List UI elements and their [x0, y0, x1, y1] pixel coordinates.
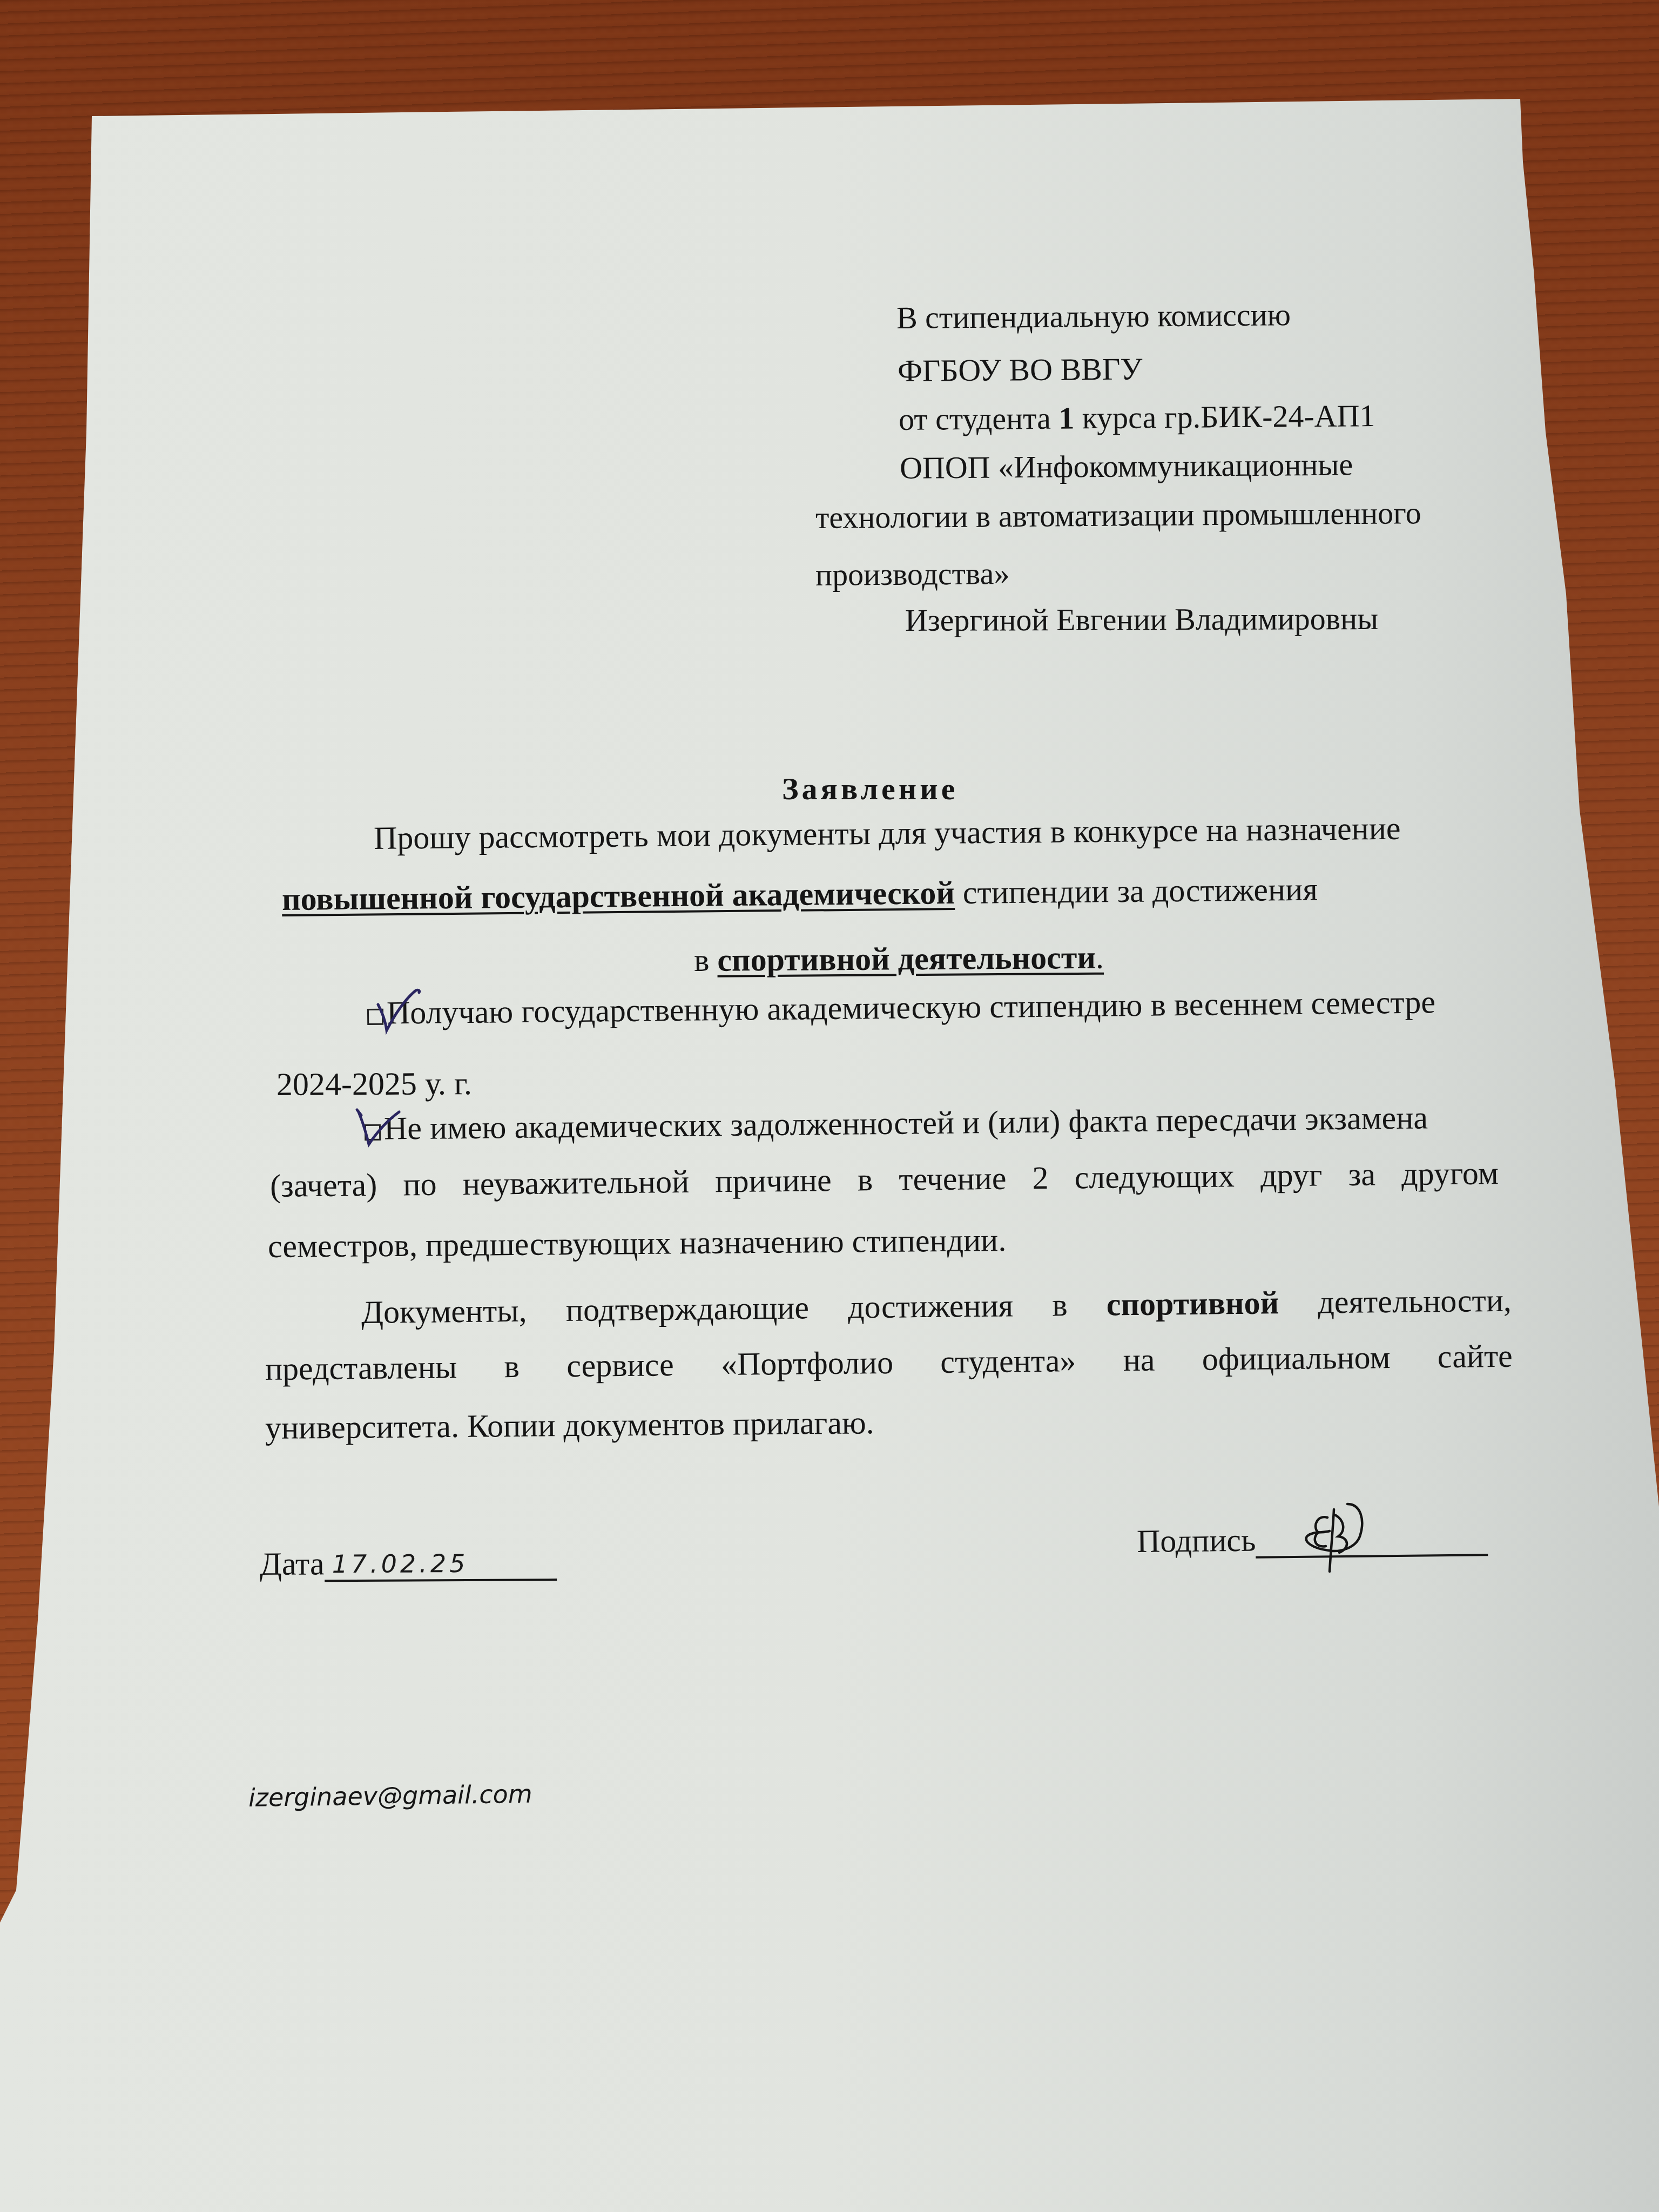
- request-line-3-end: .: [1096, 940, 1104, 975]
- word: сервисе: [567, 1348, 674, 1382]
- request-line-2: повышенной государственной академической…: [282, 873, 1318, 915]
- word: официальном: [1202, 1341, 1391, 1375]
- word: представлены: [265, 1351, 457, 1385]
- date-label: Дата: [260, 1546, 325, 1582]
- addressee-line: В стипендиальную комиссию: [896, 299, 1291, 334]
- word: по: [403, 1168, 437, 1201]
- documents-line-1: Документы, подтверждающие достижения в с…: [361, 1284, 1512, 1328]
- date-line[interactable]: 17.02.25: [324, 1546, 556, 1582]
- addressee-line: ОПОП «Инфокоммуникационные: [900, 449, 1353, 484]
- word: течение: [899, 1162, 1007, 1196]
- word: (зачета): [270, 1169, 377, 1202]
- word: деятельности,: [1318, 1284, 1512, 1319]
- addressee-line: производства»: [815, 558, 1010, 591]
- request-line-2-rest: стипендии за достижения: [955, 872, 1318, 911]
- word: «Портфолио: [721, 1346, 894, 1380]
- signature-scribble-icon: [1296, 1499, 1366, 1574]
- signature-label: Подпись: [1137, 1522, 1256, 1559]
- word: в: [504, 1350, 520, 1382]
- addressee-text: от студента: [899, 401, 1059, 437]
- word: друг: [1260, 1159, 1323, 1192]
- word: неуважительной: [462, 1165, 689, 1200]
- checkbox-2-label: Не имею академических задолженностей и (…: [384, 1100, 1428, 1146]
- checkbox-2-line-3: семестров, предшествующих назначению сти…: [268, 1224, 1007, 1263]
- student-name: Изергиной Евгении Владимировны: [905, 603, 1378, 636]
- addressee-line: ФГБОУ ВО ВВГУ: [898, 353, 1143, 387]
- request-line-3: в спортивной деятельности.: [694, 941, 1104, 976]
- word: следующих: [1074, 1159, 1235, 1193]
- application-document: В стипендиальную комиссию ФГБОУ ВО ВВГУ …: [0, 0, 1659, 2212]
- word: в: [857, 1163, 873, 1196]
- activity-type-emphasis: спортивной деятельности: [717, 940, 1096, 978]
- word: Документы,: [361, 1294, 527, 1328]
- word: за: [1348, 1158, 1375, 1191]
- group-text: курса гр.БИК-24-АП1: [1074, 398, 1375, 435]
- word: сайте: [1438, 1340, 1513, 1373]
- addressee-line: технологии в автоматизации промышленного: [815, 497, 1421, 534]
- checkbox-2-line-2: (зачета) по неуважительной причине в теч…: [270, 1157, 1499, 1202]
- addressee-line: от студента 1 курса гр.БИК-24-АП1: [899, 400, 1375, 435]
- word: в: [1052, 1289, 1068, 1321]
- scholarship-type-emphasis: повышенной государственной академической: [282, 875, 955, 917]
- word: на: [1123, 1344, 1155, 1377]
- word: студента»: [940, 1344, 1076, 1378]
- checkbox-1-line-2: 2024-2025 у. г.: [276, 1067, 472, 1101]
- checkbox-item-1: Получаю государственную академическую ст…: [367, 986, 1436, 1029]
- checkmark-icon: [373, 988, 421, 1048]
- word: достижения: [848, 1289, 1014, 1323]
- course-number: 1: [1058, 400, 1075, 435]
- date-field: Дата17.02.25: [260, 1546, 557, 1582]
- date-handwritten: 17.02.25: [332, 1551, 468, 1576]
- checkbox-item-2: Не имею академических задолженностей и (…: [365, 1101, 1428, 1145]
- word: 2: [1032, 1162, 1049, 1194]
- checkmark-icon: [354, 1104, 402, 1164]
- signature-line[interactable]: [1256, 1521, 1488, 1558]
- documents-line-3: университета. Копии документов прилагаю.: [265, 1406, 874, 1444]
- word: другом: [1401, 1157, 1499, 1190]
- word: причине: [715, 1164, 832, 1197]
- word: подтверждающие: [566, 1291, 810, 1326]
- checkbox-1-label: Получаю государственную академическую ст…: [387, 984, 1436, 1030]
- document-title: Заявление: [782, 773, 958, 805]
- activity-type-bold: спортивной: [1107, 1286, 1279, 1320]
- contact-email: izerginaev@gmail.com: [248, 1782, 532, 1810]
- request-line-1: Прошу рассмотреть мои документы для учас…: [374, 812, 1401, 854]
- request-line-3-pre: в: [694, 942, 718, 978]
- documents-line-2: представлены в сервисе «Портфолио студен…: [265, 1340, 1513, 1385]
